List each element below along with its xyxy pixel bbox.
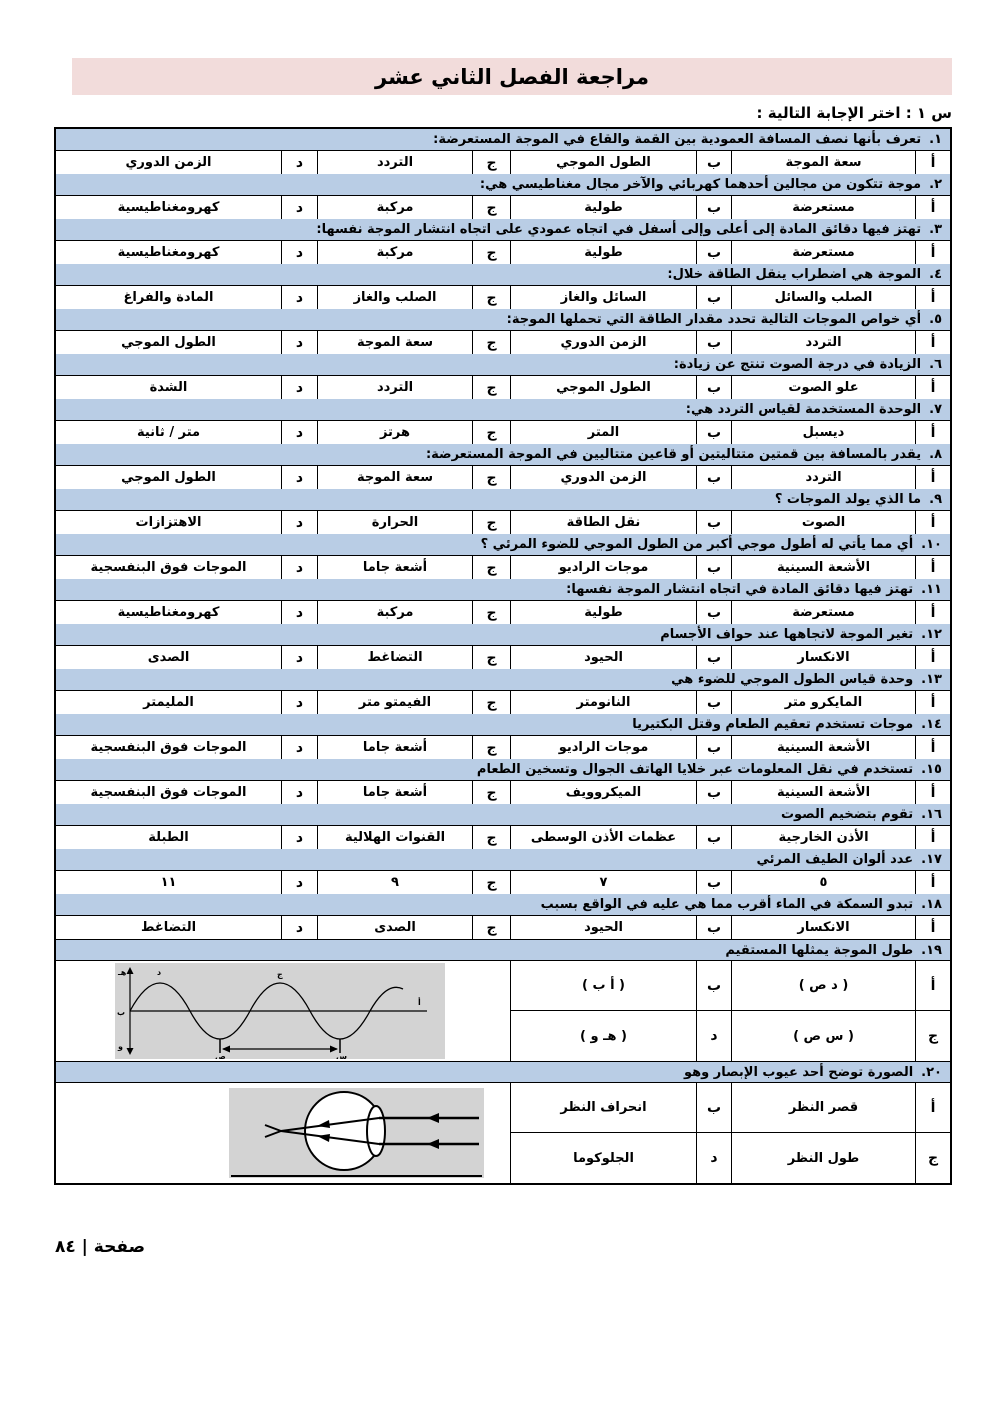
eye-lens [367, 1106, 385, 1156]
question-number: ١١. [921, 582, 942, 597]
question-block: ١٠. أي مما يأتي له أطول موجي أكبر من الط… [56, 534, 950, 579]
option-letter-b: ب [696, 916, 731, 939]
option-letter-b: ب [696, 421, 731, 444]
option-c: مركبة [317, 241, 472, 264]
question-header: ١٣. وحدة قياس الطول الموجي للضوء هي [56, 669, 950, 691]
question-header: ١. تعرف بأنها نصف المسافة العمودية بين ا… [56, 129, 950, 151]
answer-row: أ الصلب والسائل ب السائل والغاز ج الصلب … [56, 286, 950, 309]
option-b: انحراف النظر [510, 1083, 696, 1133]
label-trough-left: ص [215, 1052, 226, 1059]
option-letter-a: أ [915, 331, 950, 354]
label-trough-right: س [336, 1052, 347, 1059]
option-d: ( هـ و ) [510, 1011, 696, 1061]
option-letter-d: د [281, 196, 317, 219]
option-c: سعة الموجة [317, 331, 472, 354]
option-c: أشعة جاما [317, 556, 472, 579]
question-number: ١٥. [921, 762, 942, 777]
option-letter-d: د [281, 241, 317, 264]
option-c: ٩ [317, 871, 472, 894]
option-a: التردد [731, 466, 915, 489]
question-block: ١٧. عدد ألوان الطيف المرئي أ ٥ ب ٧ ج ٩ د… [56, 849, 950, 894]
option-c: الحرارة [317, 511, 472, 534]
option-letter-d: د [281, 421, 317, 444]
option-letter-c: ج [472, 691, 510, 714]
question-block: ١. تعرف بأنها نصف المسافة العمودية بين ا… [56, 129, 950, 174]
question-number: ١٠. [921, 537, 942, 552]
option-a: الأشعة السينية [731, 736, 915, 759]
question-header: ١٦. تقوم بتضخيم الصوت [56, 804, 950, 826]
question-text: موجات تستخدم تعقيم الطعام وقتل البكتيريا [632, 717, 913, 732]
option-d: المادة والفراغ [56, 286, 281, 309]
label-crest1: د [157, 968, 161, 977]
question-header: ٢٠. الصورة توضح أحد عيوب الإبصار وهو [56, 1061, 950, 1083]
option-letter-d: د [281, 646, 317, 669]
option-letter-a: أ [915, 691, 950, 714]
answer-row: أ الأشعة السينية ب الميكروويف ج أشعة جام… [56, 781, 950, 804]
question-text: وحدة قياس الطول الموجي للضوء هي [671, 672, 913, 687]
option-letter-b: ب [696, 376, 731, 399]
label-amp-top: هـ [117, 968, 127, 977]
option-letter-b: ب [696, 196, 731, 219]
question-header: ٩. ما الذي يولد الموجات ؟ [56, 489, 950, 511]
question-header: ١٥. تستخدم في نقل المعلومات عبر خلايا ال… [56, 759, 950, 781]
option-b: الحيود [510, 916, 696, 939]
question-number: ٩. [929, 492, 942, 507]
answer-grid: هـ ب و د ج أ ص س أ ( د ص ) ب ( أ ب ) ج (… [56, 961, 950, 1061]
answer-grid: أ قصر النظر ب انحراف النظر ج طول النظر د… [56, 1083, 950, 1183]
page-number: صفحة | ٨٤ [55, 1237, 145, 1257]
question-block: ٧. الوحدة المستخدمة لقياس التردد هي: أ د… [56, 399, 950, 444]
option-d: الصدى [56, 646, 281, 669]
option-letter-b: ب [696, 466, 731, 489]
option-b: نقل الطاقة [510, 511, 696, 534]
option-letter-c: ج [472, 466, 510, 489]
answer-row: أ ٥ ب ٧ ج ٩ د ١١ [56, 871, 950, 894]
option-letter-a: أ [915, 511, 950, 534]
option-d: كهرومغناطيسية [56, 601, 281, 624]
question-20-block: ٢٠. الصورة توضح أحد عيوب الإبصار وهو [56, 1061, 950, 1183]
option-letter-a: أ [915, 196, 950, 219]
answer-row: أ الانكسار ب الحيود ج التضاغط د الصدى [56, 646, 950, 669]
question-text: عدد ألوان الطيف المرئي [757, 852, 914, 867]
wave-figure-cell: هـ ب و د ج أ ص س [56, 961, 510, 1061]
option-letter-d: د [281, 331, 317, 354]
option-letter-b: ب [696, 781, 731, 804]
option-a: مستعرضة [731, 601, 915, 624]
question-number: ١٧. [921, 852, 942, 867]
option-letter-d: د [281, 736, 317, 759]
question-text: يقدر بالمسافة بين قمتين متتاليتين أو قاع… [426, 447, 921, 462]
question-block: ١٦. تقوم بتضخيم الصوت أ الأذن الخارجية ب… [56, 804, 950, 849]
question-header: ٣. تهتز فيها دقائق المادة إلى أعلى وإلى … [56, 219, 950, 241]
option-letter-a: أ [915, 376, 950, 399]
option-letter-b: ب [696, 511, 731, 534]
option-c: أشعة جاما [317, 736, 472, 759]
question-number: ٤. [929, 267, 942, 282]
option-b: عظمات الأذن الوسطى [510, 826, 696, 849]
question-number: ١. [929, 132, 942, 147]
option-d: الموجات فوق البنفسجية [56, 781, 281, 804]
option-letter-c: ج [472, 781, 510, 804]
option-letter-a: أ [915, 646, 950, 669]
standard-questions: ١. تعرف بأنها نصف المسافة العمودية بين ا… [56, 129, 950, 939]
question-text: تهتز فيها دقائق المادة إلى أعلى وإلى أسف… [316, 222, 921, 237]
option-c: الفيمتو متر [317, 691, 472, 714]
option-d: الطول الموجي [56, 331, 281, 354]
option-letter-a: أ [915, 151, 950, 174]
option-letter-d: د [281, 916, 317, 939]
option-b: طولية [510, 196, 696, 219]
option-letter-c: ج [472, 601, 510, 624]
option-d: الجلوكوما [510, 1133, 696, 1183]
option-b: السائل والغاز [510, 286, 696, 309]
option-a: الصلب والسائل [731, 286, 915, 309]
option-c: القنوات الهلالية [317, 826, 472, 849]
answer-row: أ مستعرضة ب طولية ج مركبة د كهرومغناطيسي… [56, 196, 950, 219]
option-letter-a: أ [915, 1083, 950, 1133]
option-letter-d: د [281, 376, 317, 399]
option-letter-a: أ [915, 826, 950, 849]
question-block: ١١. تهتز فيها دقائق المادة في اتجاه انتش… [56, 579, 950, 624]
option-letter-c: ج [472, 511, 510, 534]
option-letter-c: ج [915, 1133, 950, 1183]
question-block: ٤. الموجة هي اضطراب ينقل الطاقة خلال: أ … [56, 264, 950, 309]
worksheet-page: { "title": "مراجعة الفصل الثاني عشر", "s… [0, 0, 992, 1403]
option-c: التضاغط [317, 646, 472, 669]
option-c: مركبة [317, 196, 472, 219]
page-title: مراجعة الفصل الثاني عشر [72, 58, 952, 95]
question-block: ٩. ما الذي يولد الموجات ؟ أ الصوت ب نقل … [56, 489, 950, 534]
option-letter-d: د [281, 601, 317, 624]
question-header: ٤. الموجة هي اضطراب ينقل الطاقة خلال: [56, 264, 950, 286]
question-block: ٨. يقدر بالمسافة بين قمتين متتاليتين أو … [56, 444, 950, 489]
option-d: كهرومغناطيسية [56, 241, 281, 264]
option-d: متر / ثانية [56, 421, 281, 444]
option-c: الصلب والغاز [317, 286, 472, 309]
option-letter-b: ب [696, 826, 731, 849]
option-letter-d: د [281, 826, 317, 849]
option-a: ديسبل [731, 421, 915, 444]
label-amp-bottom: و [117, 1042, 123, 1051]
question-text: موجة تتكون من مجالين أحدهما كهربائي والآ… [480, 177, 921, 192]
option-letter-b: ب [696, 691, 731, 714]
question-number: ٦. [929, 357, 942, 372]
section-heading: س ١ : اختر الإجابة التالية : [54, 101, 952, 125]
option-letter-c: ج [472, 556, 510, 579]
option-c: طول النظر [731, 1133, 915, 1183]
option-b: الحيود [510, 646, 696, 669]
question-header: ١١. تهتز فيها دقائق المادة في اتجاه انتش… [56, 579, 950, 601]
answer-row: أ مستعرضة ب طولية ج مركبة د كهرومغناطيسي… [56, 241, 950, 264]
question-text: الموجة هي اضطراب ينقل الطاقة خلال: [667, 267, 921, 282]
option-letter-b: ب [696, 601, 731, 624]
option-b: الزمن الدوري [510, 466, 696, 489]
option-c: هرتز [317, 421, 472, 444]
option-b: المتر [510, 421, 696, 444]
option-d: الموجات فوق البنفسجية [56, 556, 281, 579]
option-a: الأذن الخارجية [731, 826, 915, 849]
option-letter-c: ج [472, 736, 510, 759]
label-crest2: ج [277, 970, 283, 979]
question-header: ١٧. عدد ألوان الطيف المرئي [56, 849, 950, 871]
option-a: ( د ص ) [731, 961, 915, 1011]
answer-row: أ ديسبل ب المتر ج هرتز د متر / ثانية [56, 421, 950, 444]
option-a: الصوت [731, 511, 915, 534]
question-text: تقوم بتضخيم الصوت [781, 807, 913, 822]
question-block: ٣. تهتز فيها دقائق المادة إلى أعلى وإلى … [56, 219, 950, 264]
option-letter-b: ب [696, 241, 731, 264]
option-c: الصدى [317, 916, 472, 939]
question-text: الصورة توضح أحد عيوب الإبصار وهو [684, 1065, 913, 1080]
option-letter-b: ب [696, 1083, 731, 1133]
question-header: ٢. موجة تتكون من مجالين أحدهما كهربائي و… [56, 174, 950, 196]
option-a: علو الصوت [731, 376, 915, 399]
option-b: النانومتر [510, 691, 696, 714]
question-number: ٢. [929, 177, 942, 192]
option-b: طولية [510, 601, 696, 624]
option-letter-a: أ [915, 286, 950, 309]
question-number: ١٤. [921, 717, 942, 732]
option-a: الانكسار [731, 916, 915, 939]
question-header: ١٩. طول الموجة يمثلها المستقيم [56, 939, 950, 961]
option-letter-b: ب [696, 961, 731, 1011]
option-d: الطبلة [56, 826, 281, 849]
question-header: ١٨. تبدو السمكة في الماء أقرب مما هي علي… [56, 894, 950, 916]
option-d: التضاغط [56, 916, 281, 939]
question-number: ٧. [929, 402, 942, 417]
question-header: ٥. أي خواص الموجات التالية تحدد مقدار ال… [56, 309, 950, 331]
option-letter-c: ج [472, 196, 510, 219]
option-letter-d: د [281, 151, 317, 174]
option-letter-a: أ [915, 241, 950, 264]
option-letter-a: أ [915, 466, 950, 489]
option-a: الأشعة السينية [731, 781, 915, 804]
option-letter-c: ج [472, 916, 510, 939]
option-letter-d: د [696, 1011, 731, 1061]
option-letter-a: أ [915, 736, 950, 759]
option-a: التردد [731, 331, 915, 354]
option-letter-d: د [281, 691, 317, 714]
option-d: ١١ [56, 871, 281, 894]
answer-row: أ الانكسار ب الحيود ج الصدى د التضاغط [56, 916, 950, 939]
option-b: ( أ ب ) [510, 961, 696, 1011]
option-letter-c: ج [472, 421, 510, 444]
option-letter-c: ج [472, 331, 510, 354]
answer-row: أ سعة الموجة ب الطول الموجي ج التردد د ا… [56, 151, 950, 174]
option-d: المليمتر [56, 691, 281, 714]
option-a: الأشعة السينية [731, 556, 915, 579]
option-letter-a: أ [915, 961, 950, 1011]
option-letter-b: ب [696, 331, 731, 354]
option-d: الموجات فوق البنفسجية [56, 736, 281, 759]
option-letter-d: د [281, 286, 317, 309]
option-letter-b: ب [696, 646, 731, 669]
question-text: أي خواص الموجات التالية تحدد مقدار الطاق… [507, 312, 921, 327]
option-letter-d: د [281, 466, 317, 489]
option-a: الانكسار [731, 646, 915, 669]
question-text: تبدو السمكة في الماء أقرب مما هي عليه في… [541, 897, 914, 912]
option-b: الطول الموجي [510, 151, 696, 174]
answer-row: أ المايكرو متر ب النانومتر ج الفيمتو متر… [56, 691, 950, 714]
option-b: الميكروويف [510, 781, 696, 804]
option-a: مستعرضة [731, 241, 915, 264]
option-letter-c: ج [915, 1011, 950, 1061]
option-a: المايكرو متر [731, 691, 915, 714]
option-c: أشعة جاما [317, 781, 472, 804]
option-d: الطول الموجي [56, 466, 281, 489]
option-a: مستعرضة [731, 196, 915, 219]
option-letter-b: ب [696, 871, 731, 894]
option-letter-d: د [281, 871, 317, 894]
option-b: موجات الراديو [510, 556, 696, 579]
question-text: تستخدم في نقل المعلومات عبر خلايا الهاتف… [477, 762, 913, 777]
question-block: ١٢. تغير الموجة لاتجاهها عند حواف الأجسا… [56, 624, 950, 669]
answer-row: أ الأشعة السينية ب موجات الراديو ج أشعة … [56, 736, 950, 759]
questions-table: ١. تعرف بأنها نصف المسافة العمودية بين ا… [54, 127, 952, 1185]
option-letter-a: أ [915, 421, 950, 444]
question-number: ١٩. [921, 943, 942, 958]
option-b: موجات الراديو [510, 736, 696, 759]
question-block: ٥. أي خواص الموجات التالية تحدد مقدار ال… [56, 309, 950, 354]
question-number: ٢٠. [921, 1065, 942, 1080]
question-text: أي مما يأتي له أطول موجي أكبر من الطول ا… [481, 537, 914, 552]
question-block: ٢. موجة تتكون من مجالين أحدهما كهربائي و… [56, 174, 950, 219]
question-number: ١٦. [921, 807, 942, 822]
option-letter-c: ج [472, 241, 510, 264]
question-number: ٥. [929, 312, 942, 327]
option-letter-a: أ [915, 601, 950, 624]
option-b: ٧ [510, 871, 696, 894]
question-text: تغير الموجة لاتجاهها عند حواف الأجسام [660, 627, 913, 642]
option-a: ٥ [731, 871, 915, 894]
question-block: ١٥. تستخدم في نقل المعلومات عبر خلايا ال… [56, 759, 950, 804]
option-letter-a: أ [915, 781, 950, 804]
question-text: طول الموجة يمثلها المستقيم [725, 943, 913, 958]
option-d: الاهتزازات [56, 511, 281, 534]
option-c: سعة الموجة [317, 466, 472, 489]
option-a: قصر النظر [731, 1083, 915, 1133]
question-block: ١٤. موجات تستخدم تعقيم الطعام وقتل البكت… [56, 714, 950, 759]
question-number: ١٣. [921, 672, 942, 687]
question-block: ١٨. تبدو السمكة في الماء أقرب مما هي علي… [56, 894, 950, 939]
question-text: ما الذي يولد الموجات ؟ [775, 492, 921, 507]
option-letter-c: ج [472, 871, 510, 894]
option-b: الطول الموجي [510, 376, 696, 399]
question-text: الزيادة في درجة الصوت تنتج عن زيادة: [674, 357, 921, 372]
answer-row: أ الأذن الخارجية ب عظمات الأذن الوسطى ج … [56, 826, 950, 849]
option-letter-d: د [281, 781, 317, 804]
option-a: سعة الموجة [731, 151, 915, 174]
wave-diagram: هـ ب و د ج أ ص س [115, 963, 445, 1059]
question-block: ١٣. وحدة قياس الطول الموجي للضوء هي أ ال… [56, 669, 950, 714]
question-19-block: ١٩. طول الموجة يمثلها المستقيم [56, 939, 950, 1061]
answer-row: أ التردد ب الزمن الدوري ج سعة الموجة د ا… [56, 466, 950, 489]
question-number: ١٨. [921, 897, 942, 912]
option-letter-d: د [281, 511, 317, 534]
option-c: ( س ص ) [731, 1011, 915, 1061]
option-d: كهرومغناطيسية [56, 196, 281, 219]
answer-row: أ الأشعة السينية ب موجات الراديو ج أشعة … [56, 556, 950, 579]
option-c: التردد [317, 376, 472, 399]
eye-diagram [229, 1088, 484, 1178]
question-text: تعرف بأنها نصف المسافة العمودية بين القم… [433, 132, 921, 147]
eye-figure-cell [56, 1083, 510, 1183]
option-letter-b: ب [696, 736, 731, 759]
page-content: مراجعة الفصل الثاني عشر س ١ : اختر الإجا… [54, 58, 952, 1185]
question-block: ٦. الزيادة في درجة الصوت تنتج عن زيادة: … [56, 354, 950, 399]
option-letter-b: ب [696, 556, 731, 579]
option-letter-c: ج [472, 826, 510, 849]
option-letter-d: د [696, 1133, 731, 1183]
option-letter-a: أ [915, 556, 950, 579]
label-axis-end: أ [418, 997, 421, 1007]
question-header: ٨. يقدر بالمسافة بين قمتين متتاليتين أو … [56, 444, 950, 466]
option-d: الزمن الدوري [56, 151, 281, 174]
question-header: ٧. الوحدة المستخدمة لقياس التردد هي: [56, 399, 950, 421]
question-header: ١٠. أي مما يأتي له أطول موجي أكبر من الط… [56, 534, 950, 556]
answer-row: أ التردد ب الزمن الدوري ج سعة الموجة د ا… [56, 331, 950, 354]
option-letter-c: ج [472, 646, 510, 669]
question-header: ٦. الزيادة في درجة الصوت تنتج عن زيادة: [56, 354, 950, 376]
answer-row: أ الصوت ب نقل الطاقة ج الحرارة د الاهتزا… [56, 511, 950, 534]
option-letter-a: أ [915, 916, 950, 939]
option-letter-c: ج [472, 286, 510, 309]
answer-row: أ مستعرضة ب طولية ج مركبة د كهرومغناطيسي… [56, 601, 950, 624]
option-c: مركبة [317, 601, 472, 624]
question-header: ١٤. موجات تستخدم تعقيم الطعام وقتل البكت… [56, 714, 950, 736]
question-number: ٨. [929, 447, 942, 462]
option-b: الزمن الدوري [510, 331, 696, 354]
question-number: ١٢. [921, 627, 942, 642]
question-header: ١٢. تغير الموجة لاتجاهها عند حواف الأجسا… [56, 624, 950, 646]
question-number: ٣. [929, 222, 942, 237]
option-letter-b: ب [696, 151, 731, 174]
option-letter-c: ج [472, 151, 510, 174]
option-letter-c: ج [472, 376, 510, 399]
label-axis-start: ب [117, 1008, 125, 1017]
question-text: الوحدة المستخدمة لقياس التردد هي: [686, 402, 921, 417]
option-letter-d: د [281, 556, 317, 579]
question-text: تهتز فيها دقائق المادة في اتجاه انتشار ا… [566, 582, 913, 597]
option-letter-b: ب [696, 286, 731, 309]
option-d: الشدة [56, 376, 281, 399]
option-b: طولية [510, 241, 696, 264]
answer-row: أ علو الصوت ب الطول الموجي ج التردد د ال… [56, 376, 950, 399]
option-c: التردد [317, 151, 472, 174]
option-letter-a: أ [915, 871, 950, 894]
